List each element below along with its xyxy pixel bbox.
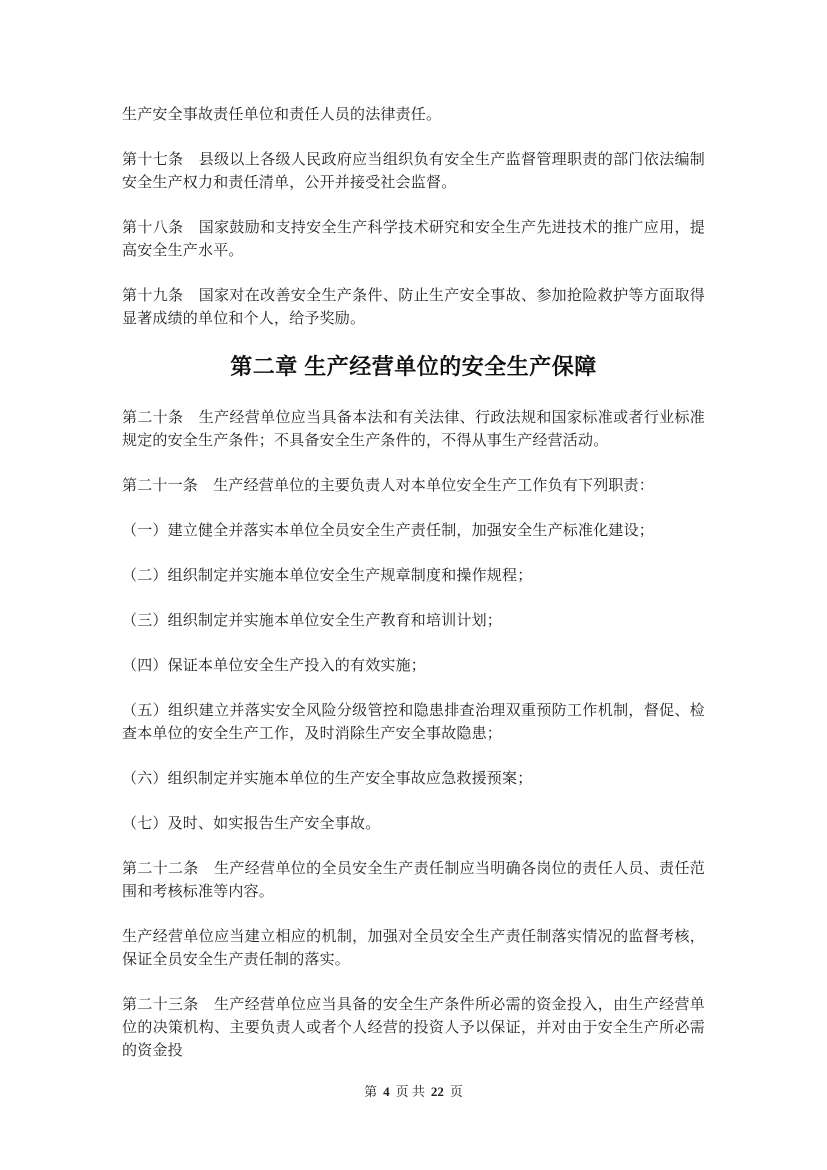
paragraph-article-18: 第十八条 国家鼓励和支持安全生产科学技术研究和安全生产先进技术的推广应用，提高安… bbox=[122, 217, 705, 263]
paragraph-article-19: 第十九条 国家对在改善安全生产条件、防止生产安全事故、参加抢险救护等方面取得显著… bbox=[122, 285, 705, 331]
paragraph-article-20: 第二十条 生产经营单位应当具备本法和有关法律、行政法规和国家标准或者行业标准规定… bbox=[122, 407, 705, 453]
footer-label-middle: 页 共 bbox=[396, 1084, 425, 1099]
chapter-2-heading: 第二章 生产经营单位的安全生产保障 bbox=[122, 353, 705, 381]
paragraph-article-21-item-3: （三）组织制定并实施本单位安全生产教育和培训计划； bbox=[122, 610, 705, 633]
footer-label-prefix: 第 bbox=[364, 1084, 377, 1099]
paragraph-article-21-item-5: （五）组织建立并落实安全风险分级管控和隐患排查治理双重预防工作机制，督促、检查本… bbox=[122, 700, 705, 746]
paragraph-article-22: 第二十二条 生产经营单位的全员安全生产责任制应当明确各岗位的责任人员、责任范围和… bbox=[122, 858, 705, 904]
paragraph-article-23: 第二十三条 生产经营单位应当具备的安全生产条件所必需的资金投入，由生产经营单位的… bbox=[122, 994, 705, 1063]
paragraph-continuation-legal-liability: 生产安全事故责任单位和责任人员的法律责任。 bbox=[122, 104, 705, 127]
footer-total-pages-number: 22 bbox=[431, 1084, 444, 1099]
paragraph-article-22-continued: 生产经营单位应当建立相应的机制，加强对全员安全生产责任制落实情况的监督考核，保证… bbox=[122, 926, 705, 972]
paragraph-article-17: 第十七条 县级以上各级人民政府应当组织负有安全生产监督管理职责的部门依法编制安全… bbox=[122, 149, 705, 195]
footer-current-page-number: 4 bbox=[383, 1084, 390, 1099]
paragraph-article-21-item-2: （二）组织制定并实施本单位安全生产规章制度和操作规程； bbox=[122, 565, 705, 588]
paragraph-article-21-item-7: （七）及时、如实报告生产安全事故。 bbox=[122, 813, 705, 836]
paragraph-article-21-item-1: （一）建立健全并落实本单位全员安全生产责任制，加强安全生产标准化建设； bbox=[122, 520, 705, 543]
footer-label-suffix: 页 bbox=[450, 1084, 463, 1099]
paragraph-article-21: 第二十一条 生产经营单位的主要负责人对本单位安全生产工作负有下列职责： bbox=[122, 475, 705, 498]
paragraph-article-21-item-6: （六）组织制定并实施本单位的生产安全事故应急救援预案； bbox=[122, 768, 705, 791]
page-footer: 第 4 页 共 22 页 bbox=[0, 1084, 827, 1099]
document-page: 生产安全事故责任单位和责任人员的法律责任。 第十七条 县级以上各级人民政府应当组… bbox=[122, 104, 705, 1085]
paragraph-article-21-item-4: （四）保证本单位安全生产投入的有效实施； bbox=[122, 655, 705, 678]
